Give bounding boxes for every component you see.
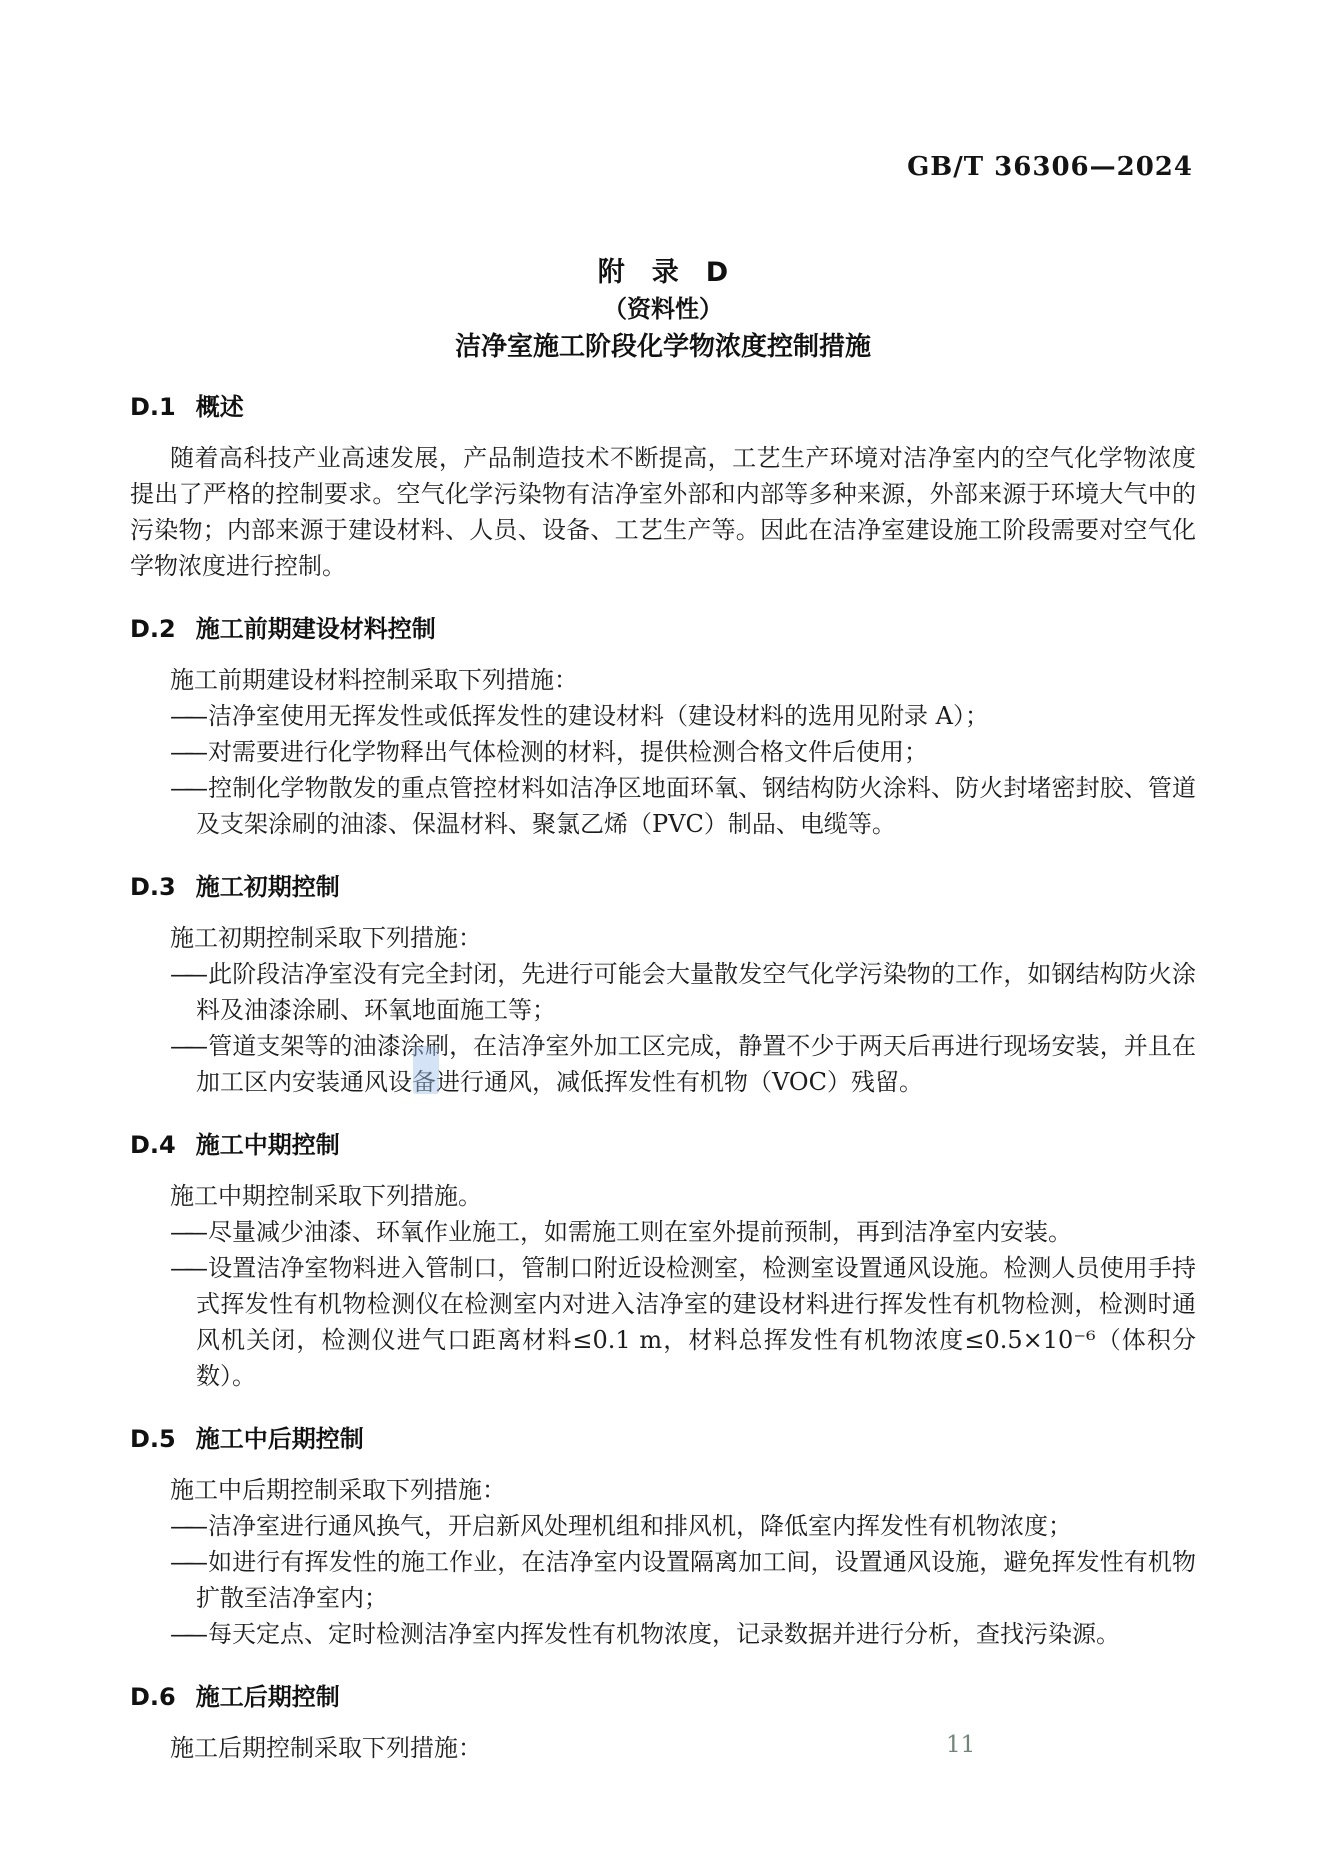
section-body: 施工中期控制采取下列措施。——尽量减少油漆、环氧作业施工，如需施工则在室外提前预… bbox=[130, 1178, 1196, 1394]
section-heading: D.6 施工后期控制 bbox=[130, 1682, 1196, 1712]
section-heading: D.5 施工中后期控制 bbox=[130, 1424, 1196, 1454]
section-heading: D.4 施工中期控制 bbox=[130, 1130, 1196, 1160]
document-section: D.6 施工后期控制 施工后期控制采取下列措施： bbox=[130, 1682, 1196, 1766]
dash-prefix: —— bbox=[170, 1218, 198, 1246]
page-number: 11 bbox=[946, 1732, 975, 1758]
item-text: 设置洁净室物料进入管制口，管制口附近设检测室，检测室设置通风设施。检测人员使用手… bbox=[196, 1254, 1196, 1390]
document-section: D.5 施工中后期控制 施工中后期控制采取下列措施：——洁净室进行通风换气，开启… bbox=[130, 1424, 1196, 1652]
section-body: 施工后期控制采取下列措施： bbox=[130, 1730, 1196, 1766]
appendix-label: 附 录 D bbox=[130, 258, 1196, 288]
document-page: GB/T 36306—2024 附 录 D （资料性） 洁净室施工阶段化学物浓度… bbox=[0, 0, 1323, 1871]
document-section: D.2 施工前期建设材料控制 施工前期建设材料控制采取下列措施：——洁净室使用无… bbox=[130, 614, 1196, 842]
paragraph: 施工中后期控制采取下列措施： bbox=[130, 1472, 1196, 1508]
section-title: 概述 bbox=[196, 392, 244, 422]
dash-prefix: —— bbox=[170, 1548, 198, 1576]
section-title: 施工中后期控制 bbox=[196, 1424, 364, 1454]
dash-item: ——如进行有挥发性的施工作业，在洁净室内设置隔离加工间，设置通风设施，避免挥发性… bbox=[130, 1544, 1196, 1616]
section-body: 施工中后期控制采取下列措施：——洁净室进行通风换气，开启新风处理机组和排风机，降… bbox=[130, 1472, 1196, 1652]
section-heading: D.1 概述 bbox=[130, 392, 1196, 422]
item-text: 管道支架等的油漆涂刷，在洁净室外加工区完成，静置不少于两天后再进行现场安装，并且… bbox=[196, 1032, 1196, 1096]
section-number: D.1 bbox=[130, 392, 176, 422]
item-text: 每天定点、定时检测洁净室内挥发性有机物浓度，记录数据并进行分析，查找污染源。 bbox=[208, 1620, 1120, 1648]
paragraph: 施工后期控制采取下列措施： bbox=[130, 1730, 1196, 1766]
dash-item: ——洁净室使用无挥发性或低挥发性的建设材料（建设材料的选用见附录 A）； bbox=[130, 698, 1196, 734]
section-number: D.4 bbox=[130, 1130, 176, 1160]
paragraph: 施工中期控制采取下列措施。 bbox=[130, 1178, 1196, 1214]
section-title: 施工前期建设材料控制 bbox=[196, 614, 436, 644]
document-section: D.3 施工初期控制 施工初期控制采取下列措施：——此阶段洁净室没有完全封闭，先… bbox=[130, 872, 1196, 1100]
section-number: D.5 bbox=[130, 1424, 176, 1454]
section-number: D.2 bbox=[130, 614, 176, 644]
document-section: D.1 概述 随着高科技产业高速发展，产品制造技术不断提高，工艺生产环境对洁净室… bbox=[130, 392, 1196, 584]
dash-item: ——对需要进行化学物释出气体检测的材料，提供检测合格文件后使用； bbox=[130, 734, 1196, 770]
paragraph: 随着高科技产业高速发展，产品制造技术不断提高，工艺生产环境对洁净室内的空气化学物… bbox=[130, 440, 1196, 584]
item-text: 此阶段洁净室没有完全封闭，先进行可能会大量散发空气化学污染物的工作，如钢结构防火… bbox=[196, 960, 1196, 1024]
item-text: 对需要进行化学物释出气体检测的材料，提供检测合格文件后使用； bbox=[208, 738, 928, 766]
dash-prefix: —— bbox=[170, 1032, 198, 1060]
section-title: 施工中期控制 bbox=[196, 1130, 340, 1160]
dash-item: ——控制化学物散发的重点管控材料如洁净区地面环氧、钢结构防火涂料、防火封堵密封胶… bbox=[130, 770, 1196, 842]
sections: D.1 概述 随着高科技产业高速发展，产品制造技术不断提高，工艺生产环境对洁净室… bbox=[130, 392, 1196, 1766]
dash-item: ——每天定点、定时检测洁净室内挥发性有机物浓度，记录数据并进行分析，查找污染源。 bbox=[130, 1616, 1196, 1652]
dash-item: ——设置洁净室物料进入管制口，管制口附近设检测室，检测室设置通风设施。检测人员使… bbox=[130, 1250, 1196, 1394]
dash-item: ——管道支架等的油漆涂刷，在洁净室外加工区完成，静置不少于两天后再进行现场安装，… bbox=[130, 1028, 1196, 1100]
document-content: 附 录 D （资料性） 洁净室施工阶段化学物浓度控制措施 D.1 概述 随着高科… bbox=[130, 0, 1196, 1766]
item-text: 如进行有挥发性的施工作业，在洁净室内设置隔离加工间，设置通风设施，避免挥发性有机… bbox=[196, 1548, 1196, 1612]
dash-prefix: —— bbox=[170, 738, 198, 766]
section-number: D.3 bbox=[130, 872, 176, 902]
item-text: 控制化学物散发的重点管控材料如洁净区地面环氧、钢结构防火涂料、防火封堵密封胶、管… bbox=[196, 774, 1196, 838]
document-section: D.4 施工中期控制 施工中期控制采取下列措施。——尽量减少油漆、环氧作业施工，… bbox=[130, 1130, 1196, 1394]
appendix-kind: （资料性） bbox=[130, 294, 1196, 324]
item-text: 洁净室使用无挥发性或低挥发性的建设材料（建设材料的选用见附录 A）； bbox=[208, 702, 989, 730]
paragraph: 施工初期控制采取下列措施： bbox=[130, 920, 1196, 956]
dash-prefix: —— bbox=[170, 702, 198, 730]
section-title: 施工初期控制 bbox=[196, 872, 340, 902]
dash-item: ——尽量减少油漆、环氧作业施工，如需施工则在室外提前预制，再到洁净室内安装。 bbox=[130, 1214, 1196, 1250]
section-body: 施工前期建设材料控制采取下列措施：——洁净室使用无挥发性或低挥发性的建设材料（建… bbox=[130, 662, 1196, 842]
item-text: 洁净室进行通风换气，开启新风处理机组和排风机，降低室内挥发性有机物浓度； bbox=[208, 1512, 1072, 1540]
dash-prefix: —— bbox=[170, 960, 198, 988]
dash-item: ——此阶段洁净室没有完全封闭，先进行可能会大量散发空气化学污染物的工作，如钢结构… bbox=[130, 956, 1196, 1028]
item-text: 尽量减少油漆、环氧作业施工，如需施工则在室外提前预制，再到洁净室内安装。 bbox=[208, 1218, 1072, 1246]
appendix-title: 洁净室施工阶段化学物浓度控制措施 bbox=[130, 332, 1196, 362]
section-heading: D.3 施工初期控制 bbox=[130, 872, 1196, 902]
paragraph: 施工前期建设材料控制采取下列措施： bbox=[130, 662, 1196, 698]
section-number: D.6 bbox=[130, 1682, 176, 1712]
section-body: 施工初期控制采取下列措施：——此阶段洁净室没有完全封闭，先进行可能会大量散发空气… bbox=[130, 920, 1196, 1100]
dash-prefix: —— bbox=[170, 1254, 198, 1282]
section-heading: D.2 施工前期建设材料控制 bbox=[130, 614, 1196, 644]
dash-prefix: —— bbox=[170, 774, 198, 802]
section-title: 施工后期控制 bbox=[196, 1682, 340, 1712]
dash-prefix: —— bbox=[170, 1620, 198, 1648]
section-body: 随着高科技产业高速发展，产品制造技术不断提高，工艺生产环境对洁净室内的空气化学物… bbox=[130, 440, 1196, 584]
dash-prefix: —— bbox=[170, 1512, 198, 1540]
dash-item: ——洁净室进行通风换气，开启新风处理机组和排风机，降低室内挥发性有机物浓度； bbox=[130, 1508, 1196, 1544]
appendix-title-block: 附 录 D （资料性） 洁净室施工阶段化学物浓度控制措施 bbox=[130, 258, 1196, 362]
